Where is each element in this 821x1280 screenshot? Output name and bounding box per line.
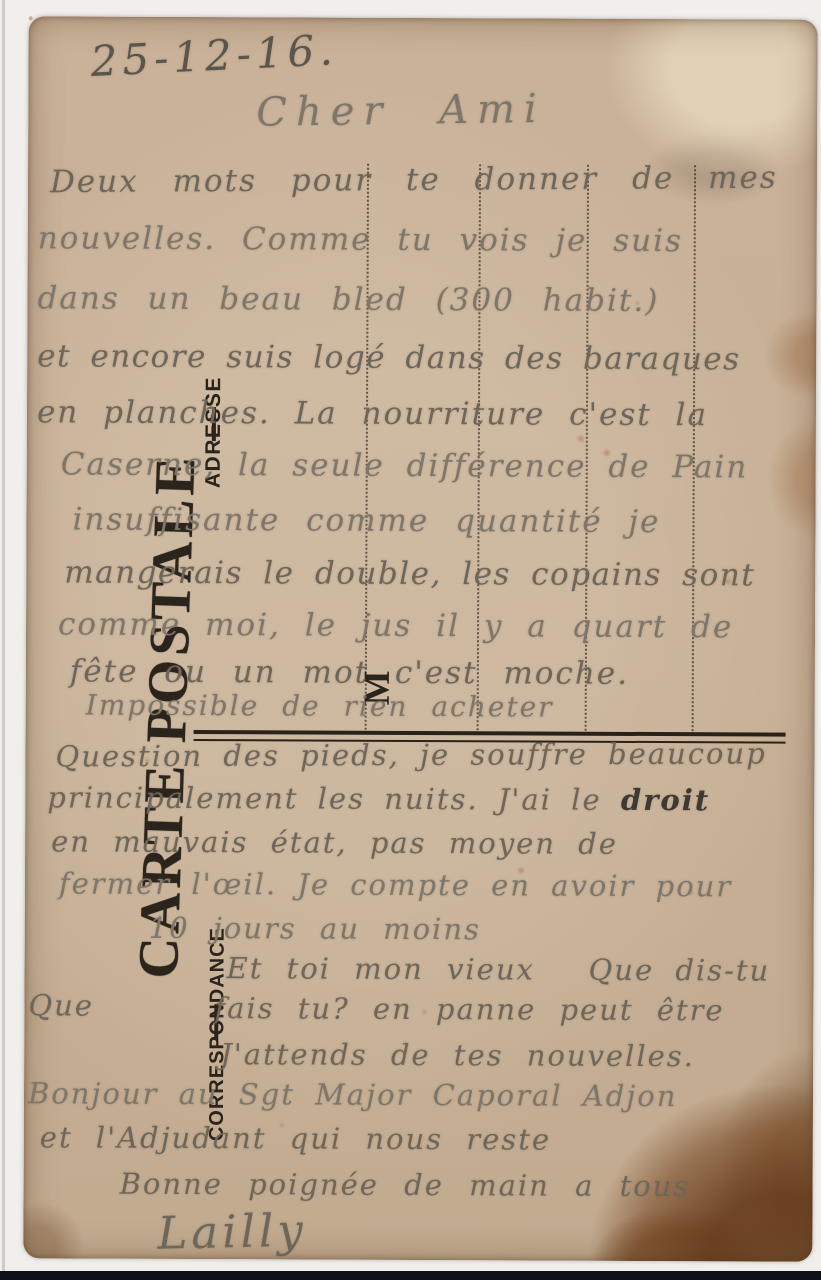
- message-line: en planches. La nourriture c'est la: [37, 394, 708, 433]
- message-line: Bonne poignée de main a tous: [120, 1167, 691, 1203]
- message-line: Et toi mon vieux: [226, 951, 535, 986]
- scanner-edge-shadow: [2, 0, 5, 1280]
- message-line: principalement les nuits. J'ai le droit: [47, 780, 710, 817]
- message-line: et encore suis logé dans des baraques: [37, 338, 741, 377]
- message-line: fais tu? en panne peut être: [214, 991, 724, 1027]
- message-line: mangerais le double, les copains sont: [64, 554, 755, 593]
- message-line: dans un beau bled (300 habit.): [37, 280, 659, 319]
- message-line: fête ou un mot c'est moche.: [70, 653, 629, 691]
- message-line: insuffisante comme quantité je: [72, 501, 660, 540]
- message-line: Deux mots pour te donner de mes: [50, 160, 778, 200]
- message-line: Bonjour au Sgt Major Caporal Adjon: [28, 1076, 678, 1113]
- message-line: Impossible de rien acheter: [86, 689, 554, 724]
- message-line: en mauvais état, pas moyen de: [51, 824, 618, 860]
- message-line: Caserne, la seule différence de Pain: [61, 446, 749, 485]
- scan-bottom-bar: [0, 1271, 821, 1280]
- message-word-droit: droit: [621, 783, 710, 817]
- message-line: Que: [28, 988, 94, 1022]
- message-line: Que dis-tu: [588, 953, 770, 988]
- message-line: 10 jours au moins: [149, 911, 481, 946]
- signature: Lailly: [157, 1204, 307, 1260]
- foxing-spots: [29, 16, 33, 20]
- message-line: fermer l'œil. Je compte en avoir pour: [59, 866, 732, 903]
- handwritten-date: 25-12-16.: [90, 25, 339, 86]
- message-line: J'attends de tes nouvelles.: [220, 1037, 695, 1073]
- message-line: nouvelles. Comme tu vois je suis: [38, 220, 683, 259]
- message-line-part: principalement les nuits. J'ai le: [47, 780, 602, 816]
- postcard-back: CARTE POSTALE ADRESSE M CORRESPONDANCE 2…: [23, 16, 817, 1261]
- message-line: et l'Adjudant qui nous reste: [40, 1120, 551, 1156]
- handwritten-salutation: Cher Ami: [256, 86, 546, 136]
- message-line: comme moi, le jus il y a quart de: [58, 606, 733, 645]
- message-line: Question des pieds, je souffre beaucoup: [55, 736, 766, 773]
